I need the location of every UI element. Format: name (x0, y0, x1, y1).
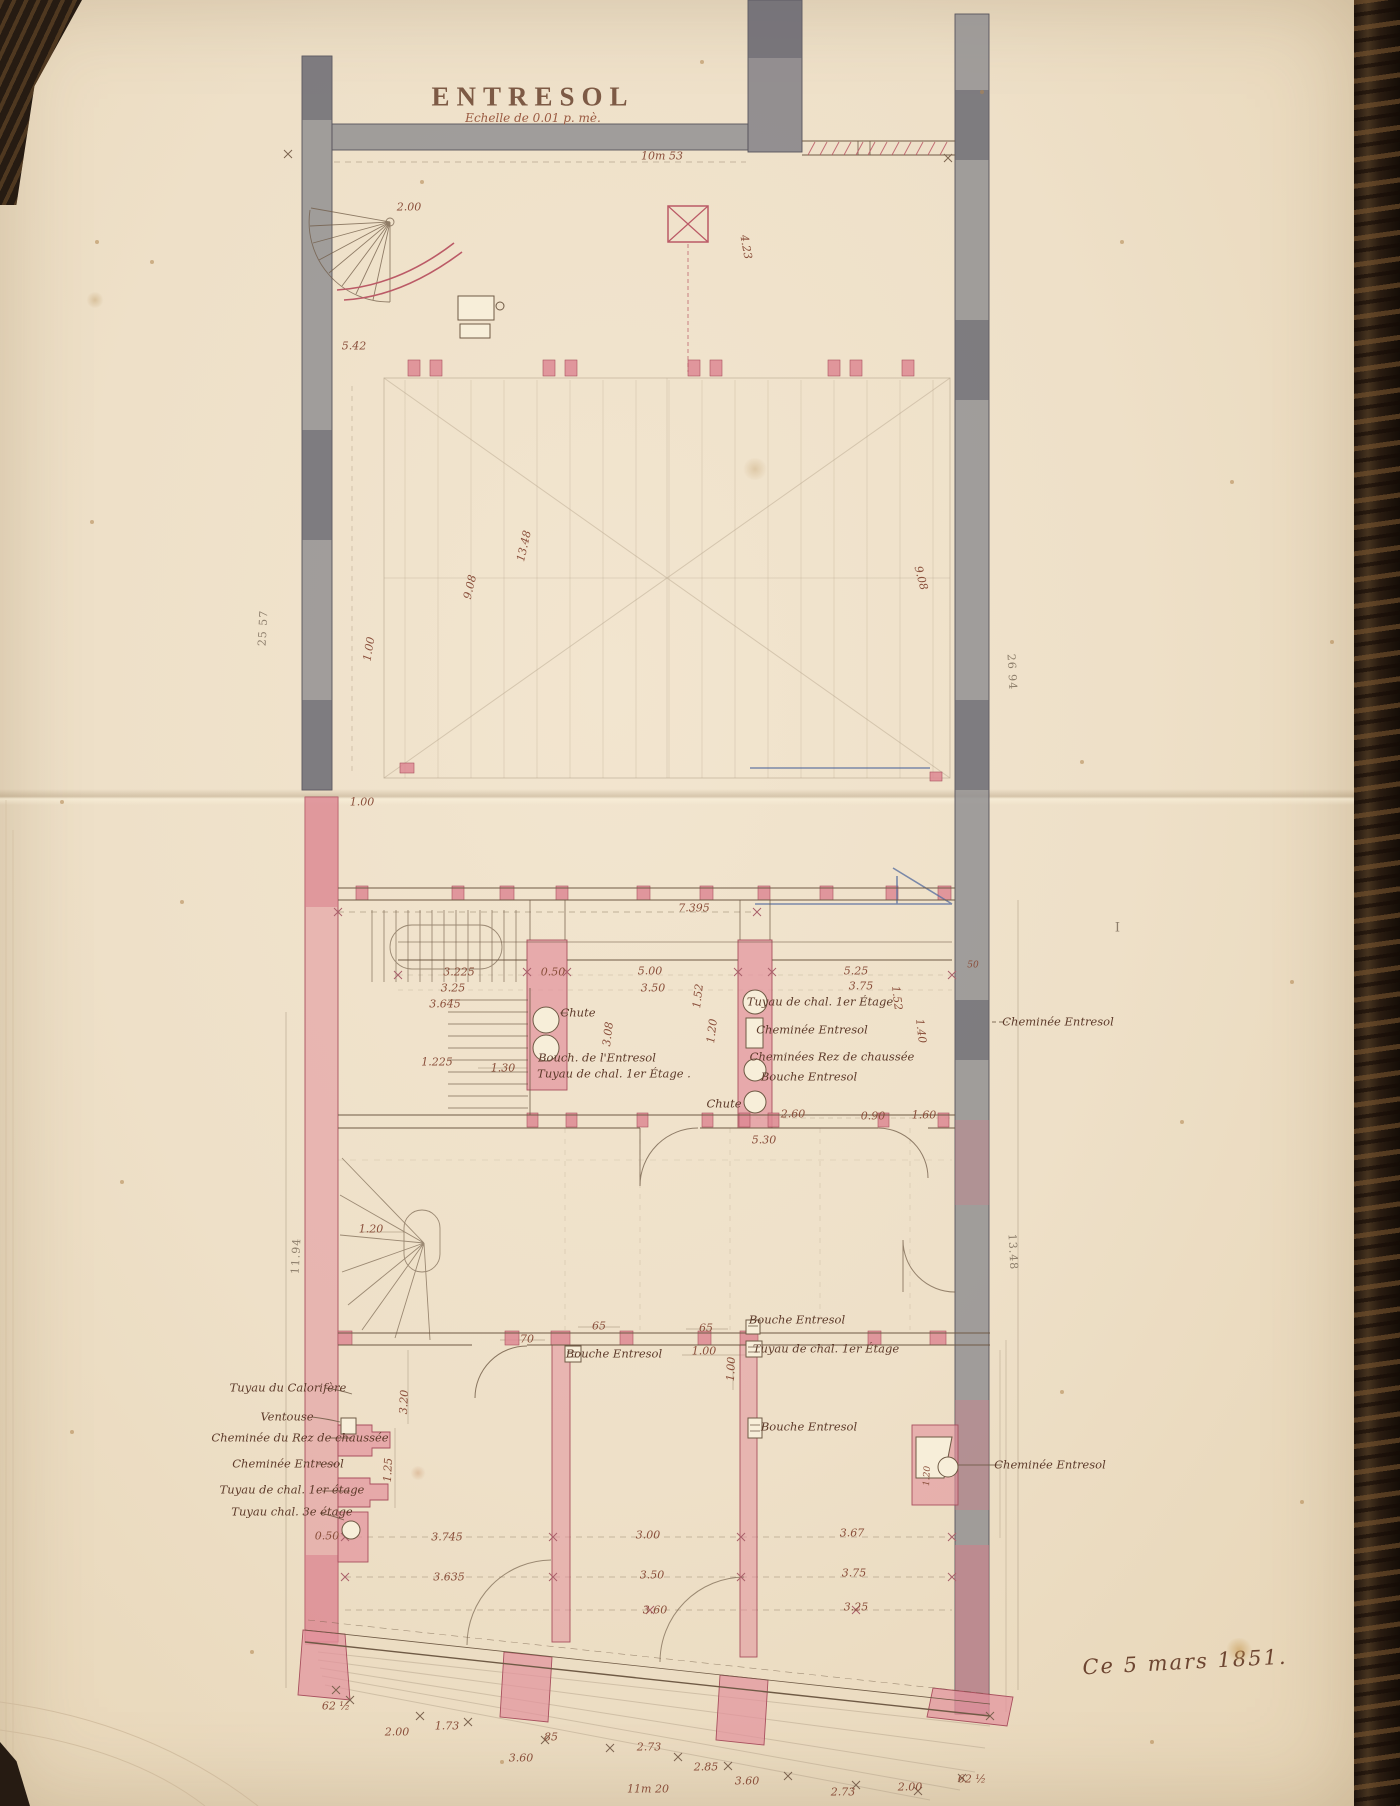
wall-hatching (808, 142, 947, 155)
paper-stain (742, 458, 768, 480)
flue-x-marker (668, 206, 708, 242)
paper-stain (86, 292, 104, 308)
paper-speck (60, 800, 64, 804)
paper-speck (1330, 640, 1334, 644)
plan-title: ENTRESOL (431, 82, 634, 113)
paper-speck (700, 60, 704, 64)
wall-piers (338, 360, 951, 1345)
fixtures-upper (458, 296, 504, 338)
paper-speck (980, 90, 984, 94)
paper-speck (1120, 240, 1124, 244)
paper-speck (150, 260, 154, 264)
curved-corridor (337, 243, 462, 300)
paper-speck (1180, 1120, 1184, 1124)
floor-plan-drawing (0, 0, 1400, 1806)
book-cover-edge (1354, 0, 1400, 1806)
paper-speck (1150, 1740, 1154, 1744)
paper-speck (1290, 980, 1294, 984)
paper-stain (1225, 1638, 1253, 1662)
gray-walls (302, 0, 989, 1714)
paper-stain (410, 1466, 426, 1480)
pencil-construction (0, 162, 1018, 1806)
paper-speck (500, 1760, 504, 1764)
red-ink (284, 142, 994, 1795)
bouche-markers (565, 1320, 762, 1438)
paper-speck (70, 1430, 74, 1434)
album-photo: 2.0010m 534.235.4213.489.089.0825 5726 9… (0, 0, 1400, 1806)
scale-note: Echelle de 0.01 p. mè. (465, 111, 601, 125)
paper-speck (1230, 480, 1234, 484)
dimension-crosses (284, 150, 994, 1795)
paper-speck (1300, 1500, 1304, 1504)
paper-speck (420, 180, 424, 184)
paper-speck (1080, 760, 1084, 764)
flue-fixtures (341, 990, 958, 1539)
paper-speck (95, 240, 99, 244)
blue-lines (750, 768, 952, 904)
paper-speck (1060, 1390, 1064, 1394)
paper-speck (90, 520, 94, 524)
paper-speck (120, 1180, 124, 1184)
facade (305, 1620, 990, 1716)
paper-speck (180, 900, 184, 904)
facade-piers (298, 1630, 1013, 1745)
page-edges (0, 800, 258, 1806)
paper-speck (250, 1650, 254, 1654)
